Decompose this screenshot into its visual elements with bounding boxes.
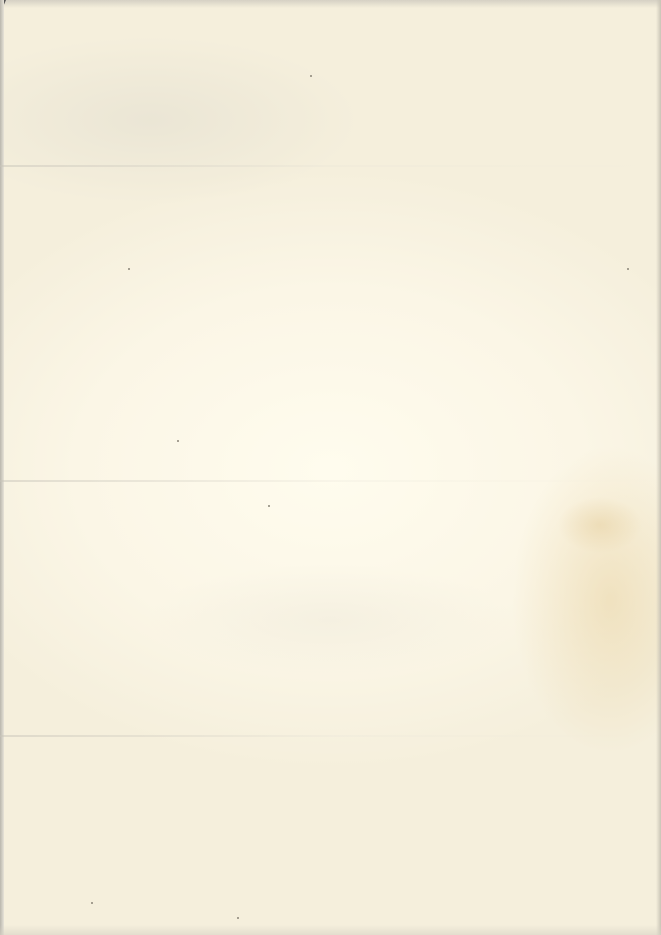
paper-speck [268,505,270,507]
right-paper-edge [656,0,661,935]
left-paper-edge [0,0,4,935]
paper-speck [128,268,130,270]
top-edge-shadow [0,0,661,8]
bottom-edge-shadow [0,925,661,935]
paper-fold-line [0,480,661,482]
paper-speck [237,917,239,919]
blank-paper-page [0,0,661,935]
paper-speck [91,902,93,904]
paper-speck [177,440,179,442]
paper-speck [310,75,312,77]
paper-fold-line [0,735,661,737]
paper-fold-line [0,165,661,167]
paper-speck [627,268,629,270]
